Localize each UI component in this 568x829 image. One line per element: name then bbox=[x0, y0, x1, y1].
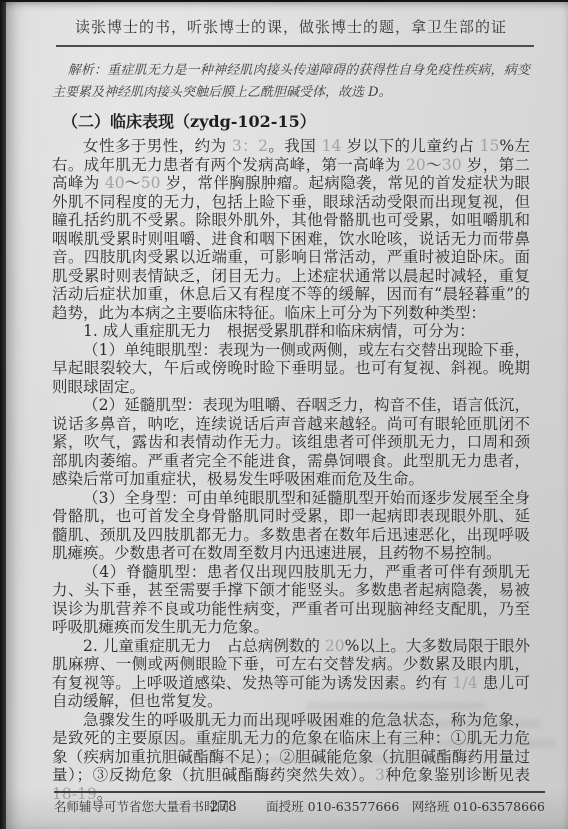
paragraph-child-mg: 2. 儿童重症肌无力 占总病例数的 20%以上。大多数局限于眼外肌麻痹、一侧或两… bbox=[52, 637, 530, 711]
footer-slogan: 名师辅导可节省您大量看书时间 bbox=[54, 797, 229, 815]
bleedthrough-smudge bbox=[146, 739, 556, 748]
analysis-note: 解析：重症肌无力是一种神经肌肉接头传递障碍的获得性自身免疫性疾病，病变主要累及神… bbox=[52, 60, 530, 104]
footer-contact: 面授班 010-63577666 网络班 010-63578666 bbox=[266, 797, 545, 815]
paragraph-adult-mg: 1. 成人重症肌无力 根据受累肌群和临床病情，可分为： bbox=[52, 322, 530, 341]
page-footer: 名师辅导可节省您大量看书时间 278 面授班 010-63577666 网络班 … bbox=[54, 797, 545, 815]
section-heading: （二）临床表现（zydg-102-15） bbox=[52, 111, 530, 133]
header-slogan: 读张博士的书，听张博士的课，做张博士的题，拿卫生部的证 bbox=[52, 17, 530, 37]
bleedthrough-smudge bbox=[206, 756, 441, 764]
paragraph-generalized-type: （3）全身型：可由单纯眼肌型和延髓肌型开始而逐步发展至全身骨骼肌，也可首发全身骨… bbox=[52, 489, 530, 563]
paragraph-ocular-type: （1）单纯眼肌型：表现为一侧或两侧，或左右交替出现睑下垂，早起眼裂较大，午后或傍… bbox=[52, 341, 530, 397]
page-number: 278 bbox=[210, 799, 237, 815]
paragraph-spinal-type: （4）脊髓肌型：患者仅出现四肢肌无力，严重者可伴有颈肌无力、头下垂，甚至需要手撑… bbox=[52, 563, 530, 637]
bleedthrough-smudge bbox=[306, 702, 486, 710]
header-rule bbox=[56, 45, 534, 47]
scan-edge-left bbox=[0, 0, 6, 829]
paragraph-clinical-overview: 女性多于男性，约为 3：2。我国 14 岁以下的儿童约占 15%左右。成年肌无力… bbox=[52, 137, 530, 322]
scanned-page: 读张博士的书，听张博士的课，做张博士的题，拿卫生部的证 解析：重症肌无力是一种神… bbox=[6, 2, 568, 829]
scan-edge-top bbox=[0, 0, 568, 2]
footer-rule bbox=[54, 791, 545, 793]
paragraph-bulbar-type: （2）延髓肌型：表现为咀嚼、吞咽乏力，构音不佳，语言低沉，说话多鼻音，呐吃，连续… bbox=[52, 396, 530, 489]
page-content: 读张博士的书，听张博士的课，做张博士的题，拿卫生部的证 解析：重症肌无力是一种神… bbox=[52, 17, 530, 803]
bleedthrough-smudge bbox=[156, 719, 541, 728]
